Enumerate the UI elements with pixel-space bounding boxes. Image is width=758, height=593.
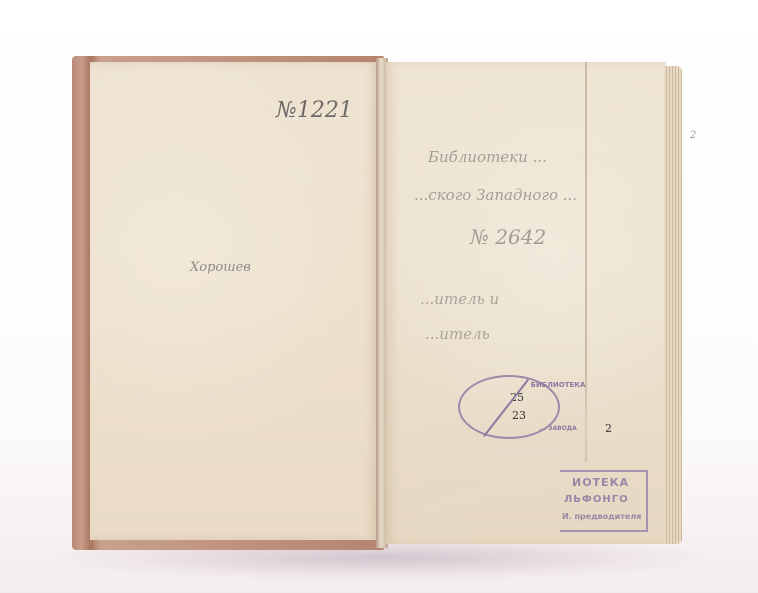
inventory-number: №1221 — [276, 98, 353, 123]
rect-stamp-line-2: ЛЬФОНГО — [564, 494, 629, 505]
handwriting-line-1: Библиотеки ... — [428, 148, 547, 166]
page-edges — [664, 66, 682, 544]
rect-stamp-line-1: ИОТЕКА — [572, 476, 629, 489]
rect-stamp-line-3: И. предводителя — [562, 512, 641, 521]
page-mark: 2 — [690, 130, 696, 141]
stamp-bottom-text: ... ЗАВОДА — [509, 425, 607, 432]
handwriting-line-2: ...ского Западного ... — [414, 186, 577, 204]
stamp-number-bottom: 23 — [512, 409, 526, 422]
left-page — [90, 62, 378, 540]
handwritten-number: № 2642 — [470, 225, 546, 249]
owner-inscription: Хорошев — [190, 260, 251, 275]
small-number: 2 — [605, 422, 612, 435]
oval-library-stamp: БИБЛИОТЕКА 25 23 ... ЗАВОДА — [458, 375, 560, 439]
rectangular-library-stamp: ИОТЕКА ЛЬФОНГО И. предводителя — [560, 470, 648, 532]
handwriting-line-4: ...итель — [425, 325, 490, 343]
handwriting-line-3: ...итель и — [420, 290, 499, 308]
